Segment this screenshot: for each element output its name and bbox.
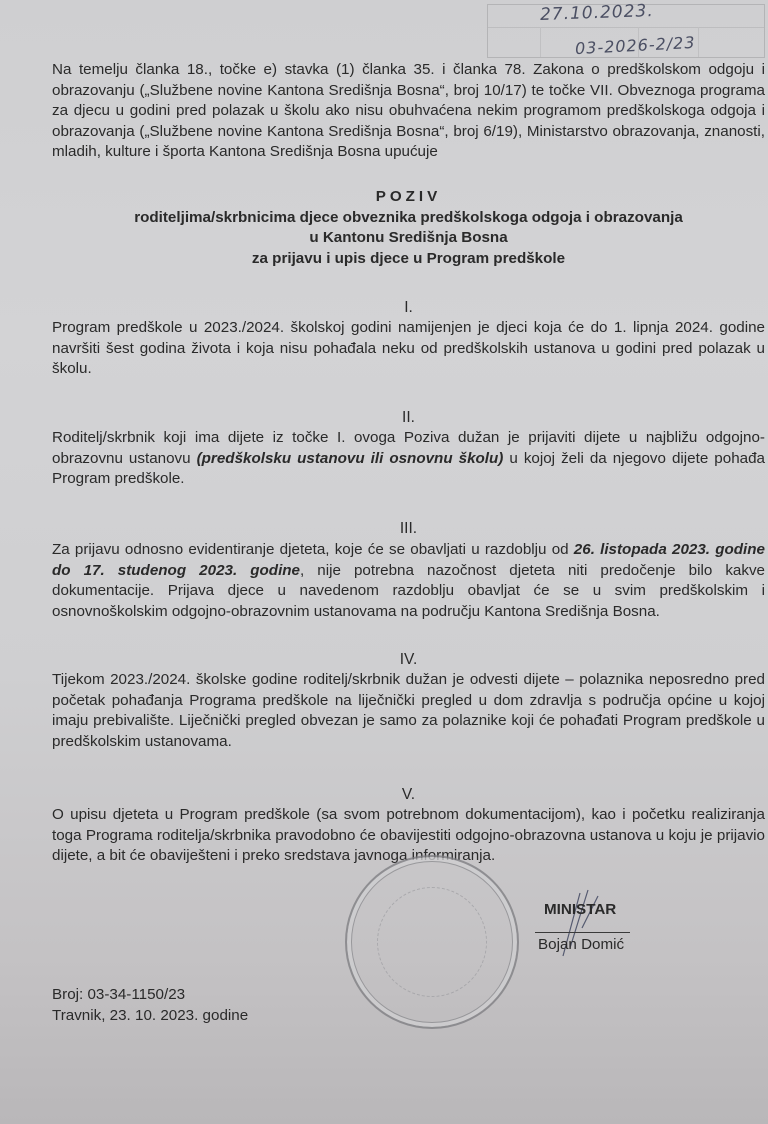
intro-paragraph: Na temelju članka 18., točke e) stavka (…	[52, 60, 765, 163]
document-reference: Broj: 03-34-1150/23 Travnik, 23. 10. 202…	[52, 985, 248, 1026]
section-number-3: III.	[52, 520, 765, 538]
section-text-2: Roditelj/skrbnik koji ima dijete iz točk…	[52, 428, 765, 490]
title-line-3: za prijavu i upis djece u Program predšk…	[52, 249, 765, 270]
emphasis-text: (predškolsku ustanovu ili osnovnu školu)	[197, 450, 504, 467]
section-number-4: IV.	[52, 651, 765, 669]
official-seal	[345, 855, 519, 1029]
signature-line	[535, 932, 630, 933]
section-text-3: Za prijavu odnosno evidentiranje djeteta…	[52, 540, 765, 622]
document-heading: POZIV	[52, 187, 765, 208]
title-line-1: roditeljima/skrbnicima djece obveznika p…	[52, 208, 765, 229]
handwritten-date: 27.10.2023.	[540, 1, 654, 25]
reference-number: Broj: 03-34-1150/23	[52, 985, 248, 1006]
document-page: 27.10.2023. 03-2026-2/23 Na temelju član…	[0, 0, 768, 1124]
title-block: POZIV roditeljima/skrbnicima djece obvez…	[52, 187, 765, 269]
section-number-1: I.	[52, 299, 765, 317]
signatory-title: MINISTAR	[544, 901, 616, 918]
section-number-5: V.	[52, 786, 765, 804]
section-number-2: II.	[52, 409, 765, 427]
place-date: Travnik, 23. 10. 2023. godine	[52, 1006, 248, 1027]
signatory-name: Bojan Domić	[538, 936, 624, 953]
section-text-1: Program predškole u 2023./2024. školskoj…	[52, 318, 765, 380]
section-text-4: Tijekom 2023./2024. školske godine rodit…	[52, 670, 765, 752]
title-line-2: u Kantonu Središnja Bosna	[52, 228, 765, 249]
